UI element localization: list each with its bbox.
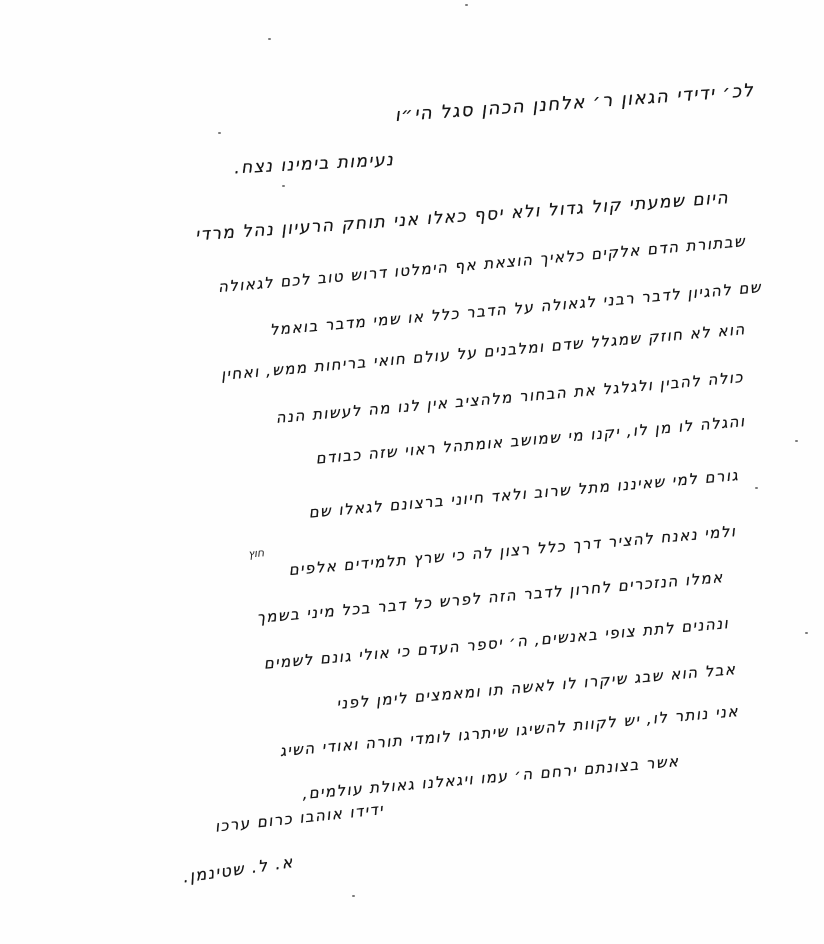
body-line-9: אמלו הנזכרים לחרון לדבר הזה לפרש כל דבר …	[256, 568, 724, 627]
scan-artifact	[465, 4, 468, 6]
scan-artifact	[268, 38, 271, 40]
body-line-10: ונהנים לתת צופי באנשים, ה׳ יספר העדם כי …	[263, 614, 730, 673]
salutation-line-2: נעימות בימינו נצח.	[233, 150, 394, 178]
scan-artifact	[795, 440, 798, 442]
body-line-7: גורם למי שאיננו מתל שרוב ולאד חיוני ברצו…	[308, 466, 740, 522]
scan-artifact	[282, 185, 285, 187]
body-line-8: ולמי נאנח להציר דרך כלל רצון לה כי שרץ ת…	[288, 522, 737, 579]
scan-artifact	[352, 895, 355, 897]
closing-line: ידידו אוהבו כרום ערכו	[214, 800, 385, 836]
letter-page: לכ׳ ידידי הגאון ר׳ אלחנן הכהן סגל הי״ו נ…	[0, 0, 824, 944]
body-line-11: אבל הוא שבג שיקרו לו לאשה תו ומאמצים לימ…	[335, 660, 736, 713]
scan-artifact	[218, 132, 221, 134]
body-line-13: אשר בצונתם ירחם ה׳ עמו ויגאלנו גאולת עול…	[301, 752, 680, 803]
body-line-1: היום שמעתי קול גדול ולא יסף כאלו אני תוח…	[195, 188, 730, 245]
signature: א. ל. שטינמן.	[182, 852, 295, 886]
interlinear-insertion: חוץ	[247, 546, 264, 560]
scan-artifact	[755, 487, 758, 489]
salutation-line-1: לכ׳ ידידי הגאון ר׳ אלחנן הכהן סגל הי״ו	[394, 80, 755, 126]
scan-artifact	[805, 632, 808, 634]
body-line-6: והגלה לו מן לו, יקנו מי שמושב אומתהל ראו…	[315, 412, 746, 468]
